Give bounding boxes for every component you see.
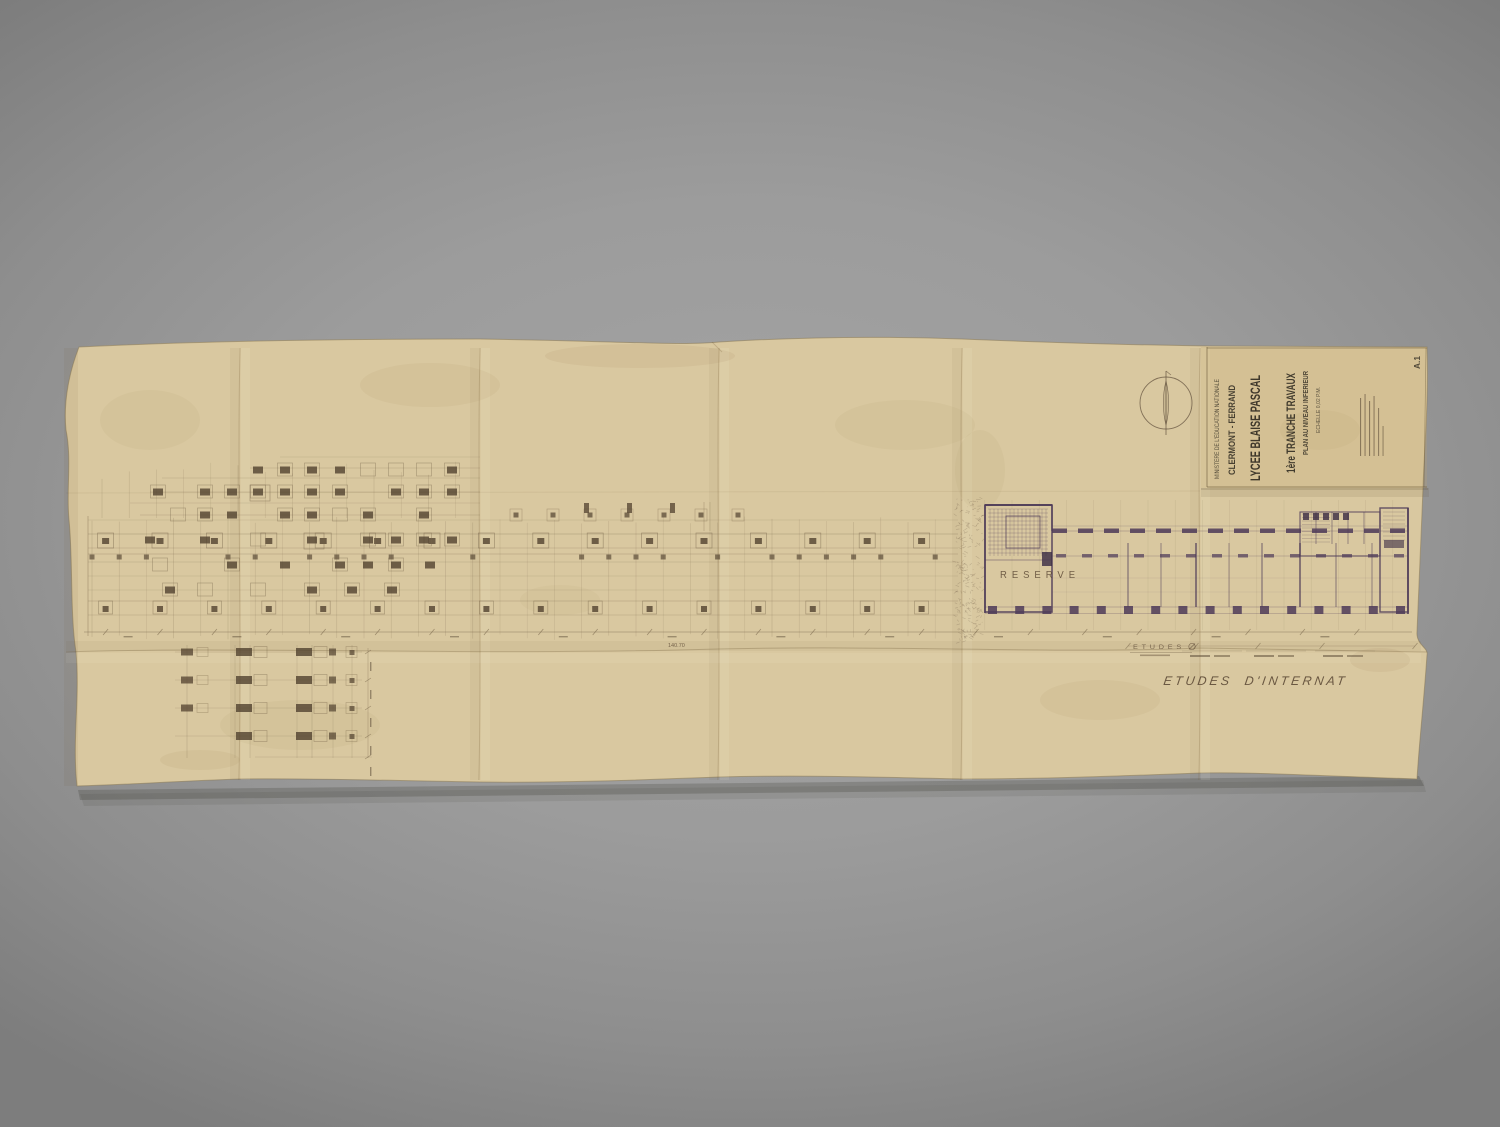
- footing-fill: [1313, 513, 1319, 520]
- column: [1124, 606, 1133, 614]
- footing-fill: [809, 538, 816, 544]
- dim-number-smudge: [1320, 636, 1329, 637]
- wall-segment: [1290, 554, 1300, 558]
- dim-number-smudge: [370, 662, 371, 671]
- city-text: CLERMONT - FERRAND: [1227, 385, 1238, 475]
- footing-fill: [470, 555, 475, 560]
- footing-fill: [181, 649, 193, 656]
- column: [1178, 606, 1187, 614]
- sub-label-smudge: [1140, 655, 1170, 657]
- footing-fill: [391, 562, 401, 569]
- column: [1151, 606, 1160, 614]
- dim-number-smudge: [232, 636, 241, 637]
- wall-segment: [1286, 529, 1301, 534]
- footing-fill: [647, 606, 653, 612]
- footing-fill: [335, 489, 345, 496]
- reserve-room-label: RESERVE: [1000, 569, 1080, 581]
- column: [1097, 606, 1106, 614]
- footing-fill: [236, 648, 252, 656]
- footing-fill: [715, 555, 720, 560]
- footing-fill: [699, 513, 704, 518]
- wall-segment: [1260, 529, 1275, 534]
- footing-fill: [878, 555, 883, 560]
- footing-fill: [226, 555, 231, 560]
- footing-fill: [236, 704, 252, 712]
- footing-fill: [770, 555, 775, 560]
- column: [1070, 606, 1079, 614]
- footing-fill: [157, 606, 163, 612]
- footing-fill: [102, 538, 109, 544]
- footing-fill: [335, 467, 345, 474]
- footing-fill: [145, 537, 155, 544]
- footing-fill: [157, 538, 164, 544]
- footing-fill: [307, 555, 312, 560]
- photo-background: MINISTERE DE L'EDUCATION NATIONALE CLERM…: [0, 0, 1500, 1127]
- footing-fill: [1042, 552, 1052, 566]
- fold-highlight: [720, 348, 729, 780]
- footing-fill: [363, 562, 373, 569]
- footing-fill: [447, 467, 457, 474]
- footing-fill: [864, 606, 870, 612]
- footing-fill: [280, 467, 290, 474]
- footing-fill: [1323, 513, 1329, 520]
- footing-fill: [296, 732, 312, 740]
- wall-segment: [1394, 554, 1404, 558]
- footing-fill: [307, 587, 317, 594]
- footing-fill: [329, 649, 336, 656]
- stain: [835, 400, 975, 450]
- footing-fill: [329, 733, 336, 740]
- footing-fill: [90, 555, 95, 560]
- footing-fill: [200, 489, 210, 496]
- footing-fill: [144, 555, 149, 560]
- column: [1342, 606, 1351, 614]
- dim-number-smudge: [1212, 636, 1221, 637]
- ministry-text: MINISTERE DE L'EDUCATION NATIONALE: [1214, 379, 1221, 479]
- footing-fill: [389, 555, 394, 560]
- footing-fill: [851, 555, 856, 560]
- footing-fill: [320, 538, 327, 544]
- footing-fill: [1384, 540, 1404, 548]
- footing-fill: [429, 606, 435, 612]
- footing-fill: [1303, 513, 1309, 520]
- footing-fill: [307, 512, 317, 519]
- footing-fill: [483, 538, 490, 544]
- fold-highlight: [481, 348, 490, 780]
- footing-fill: [253, 467, 263, 474]
- footing-fill: [592, 606, 598, 612]
- footing-fill: [375, 606, 381, 612]
- column: [1287, 606, 1296, 614]
- footing-fill: [919, 606, 925, 612]
- footing-fill: [391, 489, 401, 496]
- wall-segment: [1082, 554, 1092, 558]
- footing-fill: [579, 555, 584, 560]
- footing-fill: [538, 606, 544, 612]
- column: [1396, 606, 1405, 614]
- column: [988, 606, 997, 614]
- footing-fill: [429, 538, 436, 544]
- stamp-line: [1365, 394, 1366, 456]
- dim-number-smudge: [450, 636, 459, 637]
- footing-fill: [296, 676, 312, 684]
- footing-fill: [584, 503, 589, 513]
- wall-segment: [1264, 554, 1274, 558]
- column: [1233, 606, 1242, 614]
- works-phase-text: 1ère TRANCHE TRAVAUX: [1286, 373, 1298, 473]
- wall-segment: [1208, 529, 1223, 534]
- footing-fill: [363, 537, 373, 544]
- footing-fill: [165, 587, 175, 594]
- footing-fill: [266, 606, 272, 612]
- annotation-smudge: [1347, 655, 1363, 657]
- footing-fill: [334, 555, 339, 560]
- wall-segment: [1238, 554, 1248, 558]
- footing-fill: [200, 512, 210, 519]
- annotation-smudge: [1190, 655, 1210, 657]
- column: [1042, 606, 1051, 614]
- dim-number-smudge: [885, 636, 894, 637]
- footing-fill: [425, 562, 435, 569]
- dim-number-smudge: [124, 636, 133, 637]
- footing-fill: [606, 555, 611, 560]
- stain: [100, 390, 200, 450]
- footing-fill: [363, 512, 373, 519]
- dim-number-smudge: [668, 636, 677, 637]
- dim-number-smudge: [370, 690, 371, 699]
- footing-fill: [918, 538, 925, 544]
- school-title-text: LYCEE BLAISE PASCAL: [1247, 375, 1263, 481]
- footing-fill: [551, 513, 556, 518]
- footing-fill: [320, 606, 326, 612]
- footing-fill: [280, 512, 290, 519]
- footing-fill: [181, 705, 193, 712]
- footing-fill: [350, 734, 355, 739]
- footing-fill: [646, 538, 653, 544]
- plan-level-text: PLAN AU NIVEAU INFERIEUR: [1301, 371, 1310, 455]
- footing-fill: [227, 562, 237, 569]
- footing-fill: [329, 705, 336, 712]
- footing-fill: [347, 587, 357, 594]
- footing-fill: [211, 538, 218, 544]
- footing-fill: [661, 555, 666, 560]
- drawing-sheet-photo: MINISTERE DE L'EDUCATION NATIONALE CLERM…: [0, 0, 1500, 1127]
- wall-segment: [1338, 529, 1353, 534]
- footing-fill: [662, 513, 667, 518]
- wall-segment: [1052, 529, 1067, 534]
- footing-fill: [447, 537, 457, 544]
- footing-fill: [265, 538, 272, 544]
- footing-fill: [514, 513, 519, 518]
- stain: [1350, 648, 1410, 672]
- stamp-line: [1360, 398, 1361, 456]
- footing-fill: [335, 562, 345, 569]
- annotation-smudge: [1254, 655, 1274, 657]
- footing-fill: [200, 537, 210, 544]
- wall-segment: [1104, 529, 1119, 534]
- handwritten-plan-title: ETUDES D'INTERNAT: [1163, 674, 1349, 688]
- footing-fill: [592, 538, 599, 544]
- footing-fill: [483, 606, 489, 612]
- footing-fill: [864, 538, 871, 544]
- footing-fill: [419, 489, 429, 496]
- footing-fill: [307, 537, 317, 544]
- wall-segment: [1182, 529, 1197, 534]
- footing-fill: [374, 538, 381, 544]
- stamp-line: [1374, 396, 1375, 456]
- dim-number-smudge: [370, 718, 371, 727]
- dim-number-smudge: [341, 636, 350, 637]
- footing-fill: [181, 677, 193, 684]
- column: [1206, 606, 1215, 614]
- footing-fill: [280, 489, 290, 496]
- dim-number-smudge: [559, 636, 568, 637]
- scribble: [973, 569, 974, 570]
- footing-fill: [329, 677, 336, 684]
- footing-fill: [153, 489, 163, 496]
- footing-fill: [253, 489, 263, 496]
- footing-fill: [253, 555, 258, 560]
- wall-segment: [1364, 529, 1379, 534]
- footing-fill: [307, 467, 317, 474]
- wall-segment: [1160, 554, 1170, 558]
- footing-fill: [634, 555, 639, 560]
- annotation-smudge: [1278, 655, 1294, 657]
- stain: [955, 430, 1005, 510]
- footing-fill: [933, 555, 938, 560]
- wall-segment: [1312, 529, 1327, 534]
- footing-fill: [1333, 513, 1339, 520]
- scale-text: ECHELLE 0,02 P.M.: [1316, 387, 1322, 433]
- sheet-number: A.1: [1412, 356, 1422, 369]
- column: [1314, 606, 1323, 614]
- stamp-line: [1383, 426, 1384, 456]
- footing-fill: [296, 704, 312, 712]
- dim-number-smudge: [994, 636, 1003, 637]
- footing-fill: [447, 489, 457, 496]
- footing-fill: [391, 537, 401, 544]
- footing-fill: [227, 512, 237, 519]
- wall-segment: [1056, 554, 1066, 558]
- footing-fill: [1343, 513, 1349, 520]
- wall-segment: [1078, 529, 1093, 534]
- footing-fill: [537, 538, 544, 544]
- wall-segment: [1212, 554, 1222, 558]
- footing-fill: [211, 606, 217, 612]
- edge-shade-left: [64, 348, 78, 786]
- footing-fill: [755, 538, 762, 544]
- column: [1015, 606, 1024, 614]
- stain: [1040, 680, 1160, 720]
- wall-segment: [1108, 554, 1118, 558]
- fold-shade: [709, 348, 718, 780]
- fold-shade: [470, 348, 479, 780]
- footing-fill: [280, 562, 290, 569]
- column: [1369, 606, 1378, 614]
- footing-fill: [810, 606, 816, 612]
- dim-number-smudge: [776, 636, 785, 637]
- footing-fill: [797, 555, 802, 560]
- footing-fill: [824, 555, 829, 560]
- footing-fill: [387, 587, 397, 594]
- footing-fill: [227, 489, 237, 496]
- footing-fill: [117, 555, 122, 560]
- footing-fill: [670, 503, 675, 513]
- overall-dimension-label: 140.70: [668, 643, 685, 649]
- footing-fill: [419, 537, 429, 544]
- stamp-line: [1378, 408, 1379, 456]
- footing-fill: [296, 648, 312, 656]
- footing-fill: [307, 489, 317, 496]
- stain: [160, 750, 240, 770]
- fold-highlight: [66, 653, 1421, 663]
- footing-fill: [701, 538, 708, 544]
- footing-fill: [627, 503, 632, 513]
- dim-number-smudge: [1103, 636, 1112, 637]
- wall-segment: [1186, 554, 1196, 558]
- stain: [360, 363, 500, 407]
- wall-segment: [1156, 529, 1171, 534]
- wall-segment: [1130, 529, 1145, 534]
- wall-segment: [1134, 554, 1144, 558]
- footing-fill: [350, 650, 355, 655]
- footing-fill: [362, 555, 367, 560]
- stamp-line: [1369, 401, 1370, 456]
- etudes-dimension-label: ETUDES: [1133, 644, 1185, 651]
- footing-fill: [350, 678, 355, 683]
- footing-fill: [755, 606, 761, 612]
- dim-number-smudge: [370, 746, 371, 755]
- footing-fill: [350, 706, 355, 711]
- wall-segment: [1234, 529, 1249, 534]
- footing-fill: [625, 513, 630, 518]
- annotation-smudge: [1323, 655, 1343, 657]
- footing-fill: [236, 676, 252, 684]
- stain: [545, 344, 735, 368]
- fold-shade: [1190, 348, 1199, 780]
- wall-segment: [1390, 529, 1405, 534]
- column: [1260, 606, 1269, 614]
- dim-number-smudge: [370, 767, 371, 776]
- footing-fill: [103, 606, 109, 612]
- footing-fill: [236, 732, 252, 740]
- footing-fill: [736, 513, 741, 518]
- footing-fill: [701, 606, 707, 612]
- footing-fill: [588, 513, 593, 518]
- footing-fill: [419, 512, 429, 519]
- annotation-smudge: [1214, 655, 1230, 657]
